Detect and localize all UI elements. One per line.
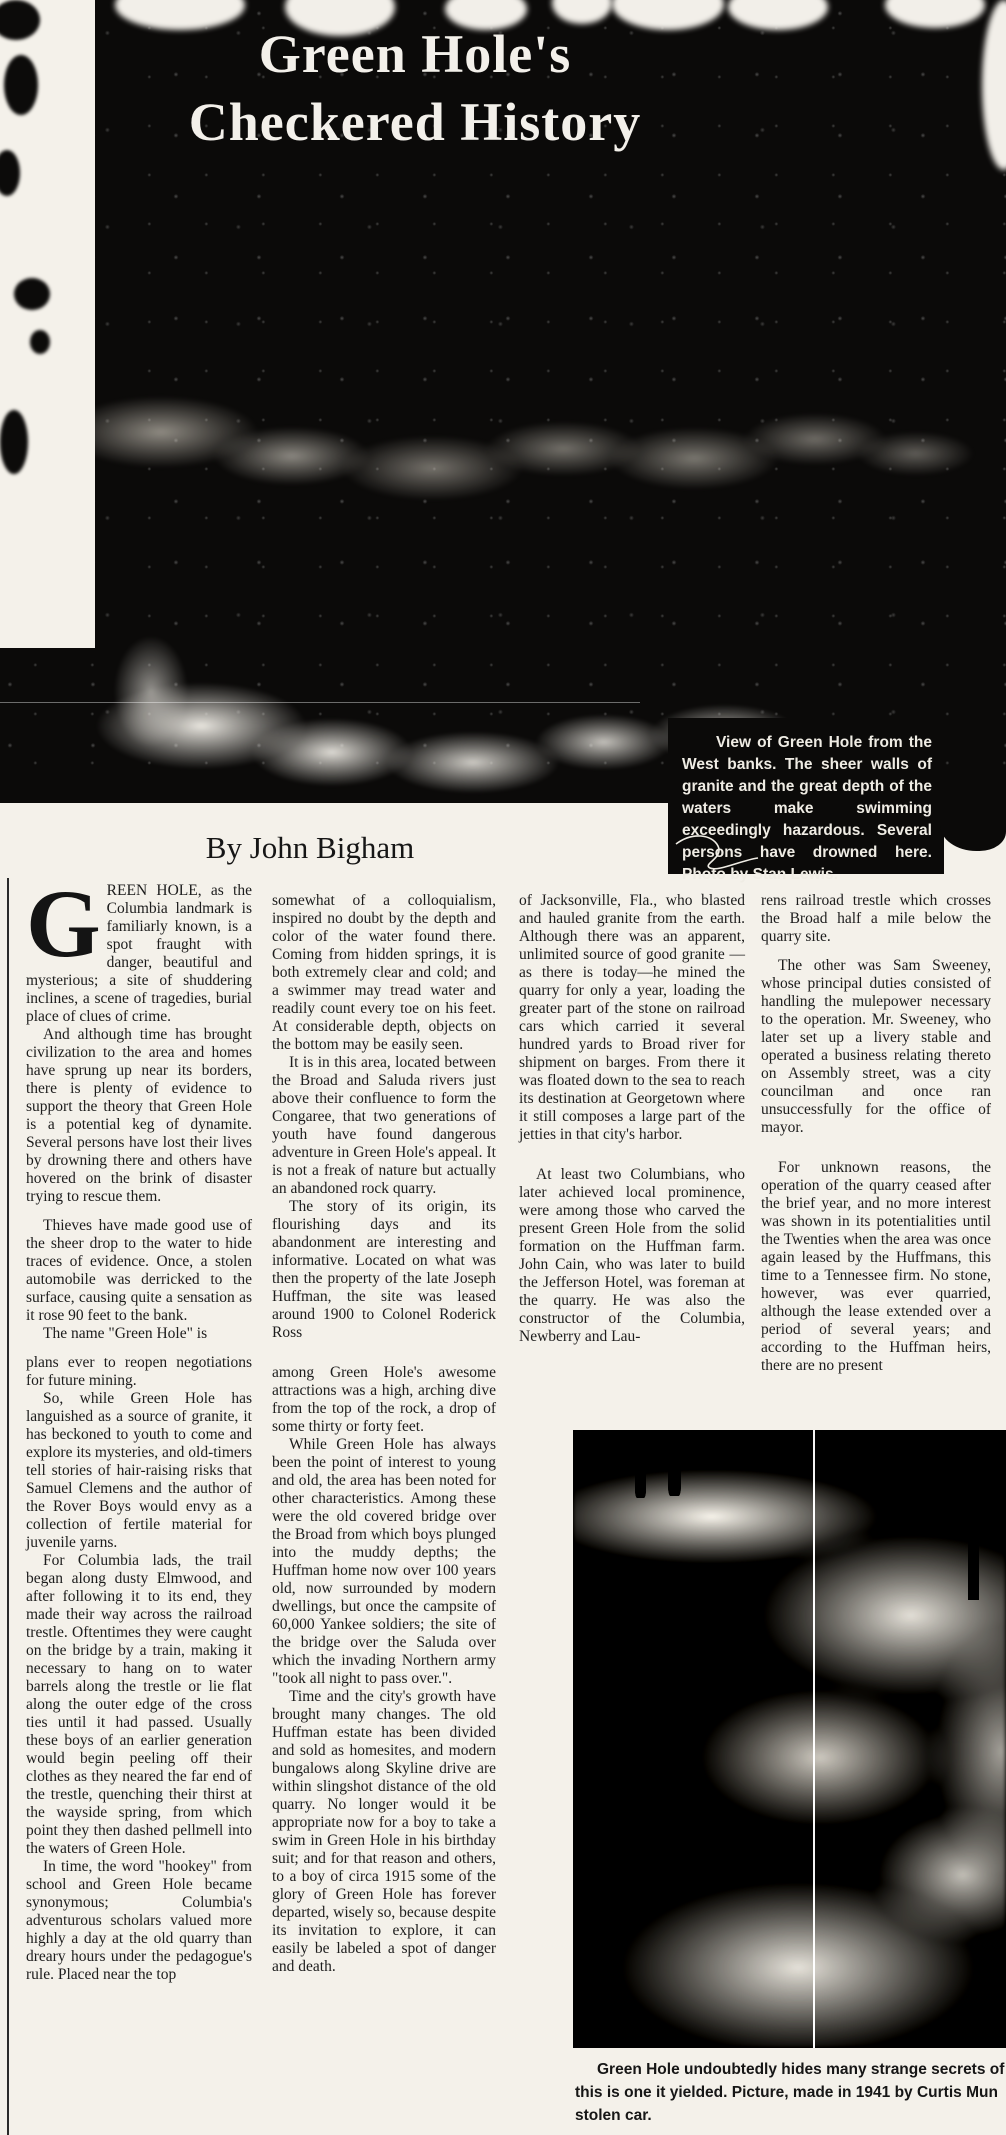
tree-highlights xyxy=(0,300,1006,540)
body-paragraph: somewhat of a colloquialism, inspired no… xyxy=(272,892,496,1054)
body-paragraph: Time and the city's growth have brought … xyxy=(272,1688,496,1976)
body-paragraph: And although time has brought civilizati… xyxy=(26,1026,252,1206)
person-figure xyxy=(635,1458,646,1498)
byline: By John Bigham xyxy=(105,830,515,866)
body-paragraph: For Columbia lads, the trail began along… xyxy=(26,1552,252,1858)
ink-blot xyxy=(0,0,40,40)
top-photo: Green Hole's Checkered History xyxy=(0,0,1006,803)
body-paragraph: The name "Green Hole" is xyxy=(26,1325,252,1343)
body-paragraph: While Green Hole has always been the poi… xyxy=(272,1436,496,1688)
body-paragraph: rens railroad trestle which crosses the … xyxy=(761,892,991,946)
bottom-photo-caption: Green Hole undoubtedly hides many strang… xyxy=(575,2058,1006,2127)
person-figure xyxy=(668,1446,681,1496)
drop-cap: G xyxy=(26,882,107,962)
body-column-4: rens railroad trestle which crosses the … xyxy=(761,892,991,1375)
caption-line: stolen car. xyxy=(575,2104,1006,2127)
body-paragraph: In time, the word "hookey" from school a… xyxy=(26,1858,252,1984)
body-paragraph: At least two Columbians, who later achie… xyxy=(519,1166,745,1346)
scan-fold-line xyxy=(813,1430,815,2048)
body-paragraph: For unknown reasons, the operation of th… xyxy=(761,1159,991,1375)
ink-blot xyxy=(14,278,50,310)
body-paragraph: plans ever to reopen negotiations for fu… xyxy=(26,1354,252,1390)
body-paragraph: of Jacksonville, Fla., who blasted and h… xyxy=(519,892,745,1144)
ink-blot xyxy=(4,55,38,115)
body-paragraph: GREEN HOLE, as the Columbia landmark is … xyxy=(26,882,252,1026)
column-rule xyxy=(7,878,9,2135)
body-column-3: of Jacksonville, Fla., who blasted and h… xyxy=(519,892,745,1346)
article-headline: Green Hole's Checkered History xyxy=(95,20,735,156)
body-paragraph: The other was Sam Sweeney, whose princip… xyxy=(761,957,991,1137)
body-column-2: somewhat of a colloquialism, inspired no… xyxy=(272,892,496,1976)
body-paragraph: among Green Hole's awesome attractions w… xyxy=(272,1364,496,1436)
ink-blot xyxy=(0,410,28,474)
photo-edge-fragment xyxy=(940,803,1006,851)
body-paragraph: So, while Green Hole has languished as a… xyxy=(26,1390,252,1552)
bottom-photo xyxy=(573,1430,1006,2048)
left-margin xyxy=(0,0,95,648)
body-column-1: GREEN HOLE, as the Columbia landmark is … xyxy=(26,882,252,1984)
caption-line: this is one it yielded. Picture, made in… xyxy=(575,2081,1006,2104)
tree-trunk xyxy=(968,1470,979,1600)
body-paragraph: The story of its origin, its flourishing… xyxy=(272,1198,496,1342)
pen-squiggle xyxy=(672,830,762,870)
scan-artifact-line xyxy=(0,702,640,703)
headline-line-2: Checkered History xyxy=(95,88,735,156)
caption-line: Green Hole undoubtedly hides many strang… xyxy=(575,2058,1006,2081)
newspaper-page: Green Hole's Checkered History View of G… xyxy=(0,0,1006,2135)
rock-tones xyxy=(573,1430,1006,2048)
body-paragraph: Thieves have made good use of the sheer … xyxy=(26,1217,252,1325)
headline-line-1: Green Hole's xyxy=(95,20,735,88)
ink-blot xyxy=(0,150,20,196)
ink-blot xyxy=(30,330,50,354)
body-paragraph: It is in this area, located between the … xyxy=(272,1054,496,1198)
